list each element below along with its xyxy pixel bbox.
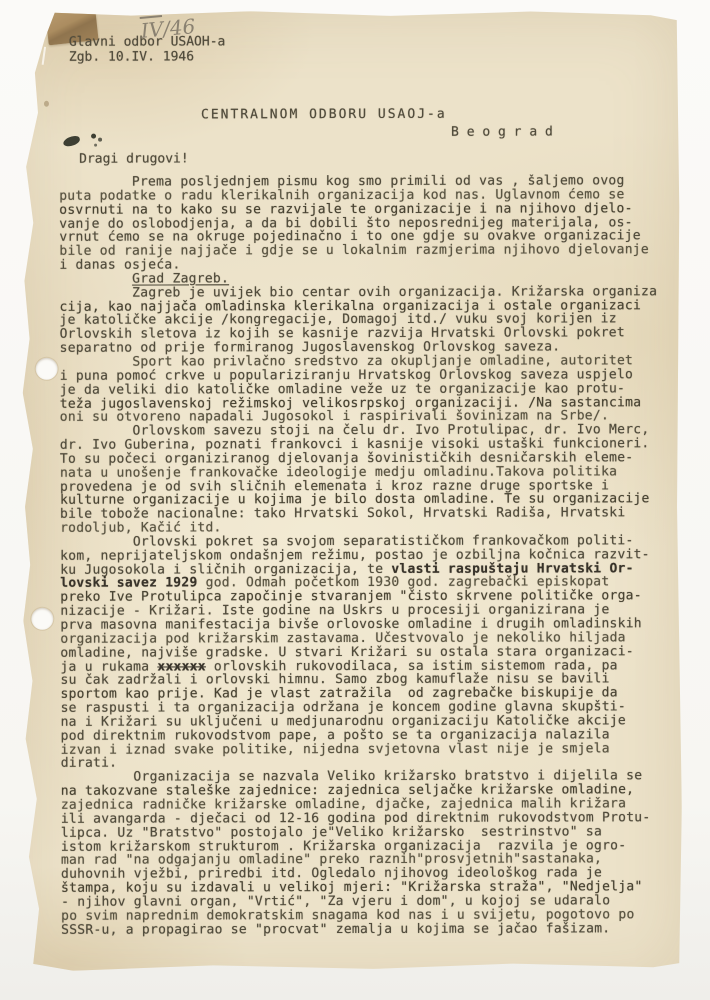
hole-punch-bottom: [31, 608, 53, 630]
paper-tear: [42, 47, 46, 65]
ink-smudge: [62, 135, 81, 148]
body-lines: Prema posljednjem pismu kog smo primili …: [59, 174, 677, 937]
archival-mark-rest: /46: [162, 14, 196, 41]
recipient-city: B e o g r a d: [451, 124, 553, 139]
archival-mark-numerator: IV: [140, 17, 164, 43]
body-line: izvan i iznad svake politike, nijedna sv…: [61, 742, 677, 757]
body-line: bile od ranije najjače i gdje se u lokal…: [59, 243, 675, 258]
ink-smudge: [94, 144, 97, 147]
document-page: Glavni odbor USAOH-a Zgb. 10.IV. 1946 IV…: [11, 7, 686, 983]
hole-punch-top: [36, 358, 58, 380]
salutation: Dragi drugovi!: [79, 151, 189, 166]
handwritten-archival-mark: IV/46: [140, 14, 196, 43]
body-line: SSSR-u, a propagirao se "procvat" zemalj…: [61, 922, 677, 937]
paper-speck: [44, 101, 49, 107]
recipient-title: CENTRALNOM ODBORU USAOJ-a: [201, 107, 447, 123]
ink-smudge: [98, 138, 102, 142]
ink-smudge: [91, 134, 96, 139]
scan-backdrop: { "page": { "paper_color": "#ece2c9", "i…: [0, 0, 710, 1000]
